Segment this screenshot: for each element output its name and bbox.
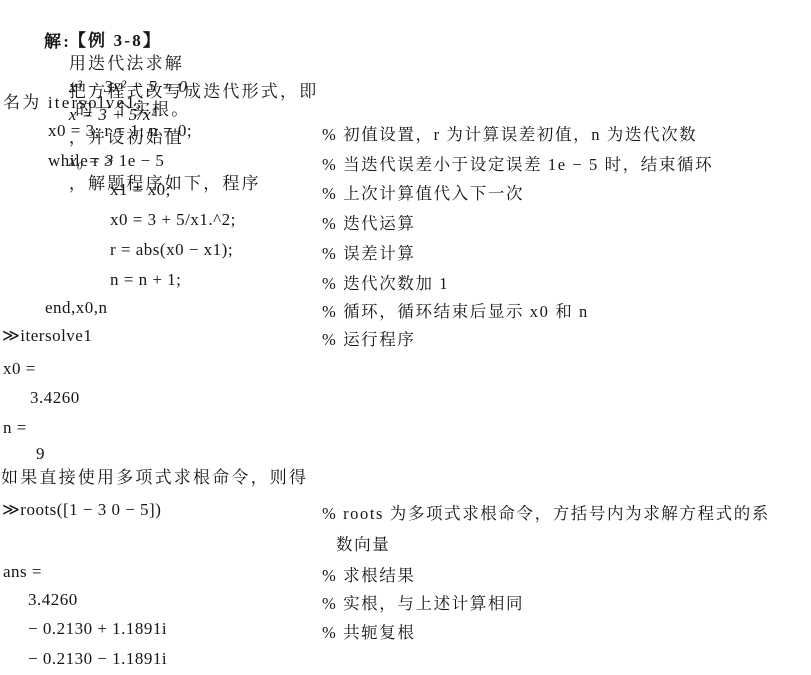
output-var-label: n = [3, 418, 27, 438]
comment-continuation: 数向量 [336, 531, 390, 555]
output-value: 9 [36, 444, 45, 464]
code-line: while r > 1e − 5 [48, 151, 164, 171]
transition-text: 如果直接使用多项式求根命令，则得 [1, 466, 308, 489]
roots-command-comment: % roots 为多项式求根命令，方括号内为求解方程式的系 [322, 500, 770, 524]
textbook-page: 【例 3-8】 用迭代法求解 x³ − 3x² − 5 = 0 的一个实根。 解… [0, 0, 811, 675]
code-line: n = n + 1; [110, 270, 181, 290]
root-value: 3.4260 [28, 590, 78, 610]
code-comment: % 运行程序 [322, 326, 415, 350]
code-line: x0 = 3; r = 1; n = 0; [48, 121, 192, 141]
code-comment: % 迭代次数加 1 [322, 270, 449, 294]
solution-label: 解: [44, 30, 71, 53]
root-value: − 0.2130 − 1.1891i [28, 649, 167, 669]
ans-label: ans = [3, 562, 42, 582]
code-comment: % 误差计算 [322, 240, 415, 264]
output-value: 3.4260 [30, 388, 80, 408]
code-comment: % 初值设置，r 为计算误差初值，n 为迭代次数 [322, 121, 697, 145]
ans-comment: % 求根结果 [322, 562, 415, 586]
program-name-line: 名为 itersolve1: [3, 91, 144, 114]
roots-command: ≫roots([1 − 3 0 − 5]) [2, 500, 161, 520]
root-comment: % 共轭复根 [322, 619, 415, 643]
code-line: x1 = x0; [110, 180, 171, 200]
code-line: end,x0,n [45, 298, 108, 318]
code-line: r = abs(x0 − x1); [110, 240, 233, 260]
code-comment: % 循环，循环结束后显示 x0 和 n [322, 298, 589, 322]
code-comment: % 当迭代误差小于设定误差 1e − 5 时，结束循环 [322, 151, 713, 175]
code-comment: % 迭代运算 [322, 210, 415, 234]
example-label: 【例 3-8】 [69, 31, 162, 50]
code-line: x0 = 3 + 5/x1.^2; [110, 210, 236, 230]
prompt-command: ≫itersolve1 [2, 326, 92, 346]
output-var-label: x0 = [3, 359, 36, 379]
code-comment: % 上次计算值代入下一次 [322, 180, 524, 204]
root-comment: % 实根，与上述计算相同 [322, 590, 524, 614]
root-value: − 0.2130 + 1.1891i [28, 619, 167, 639]
